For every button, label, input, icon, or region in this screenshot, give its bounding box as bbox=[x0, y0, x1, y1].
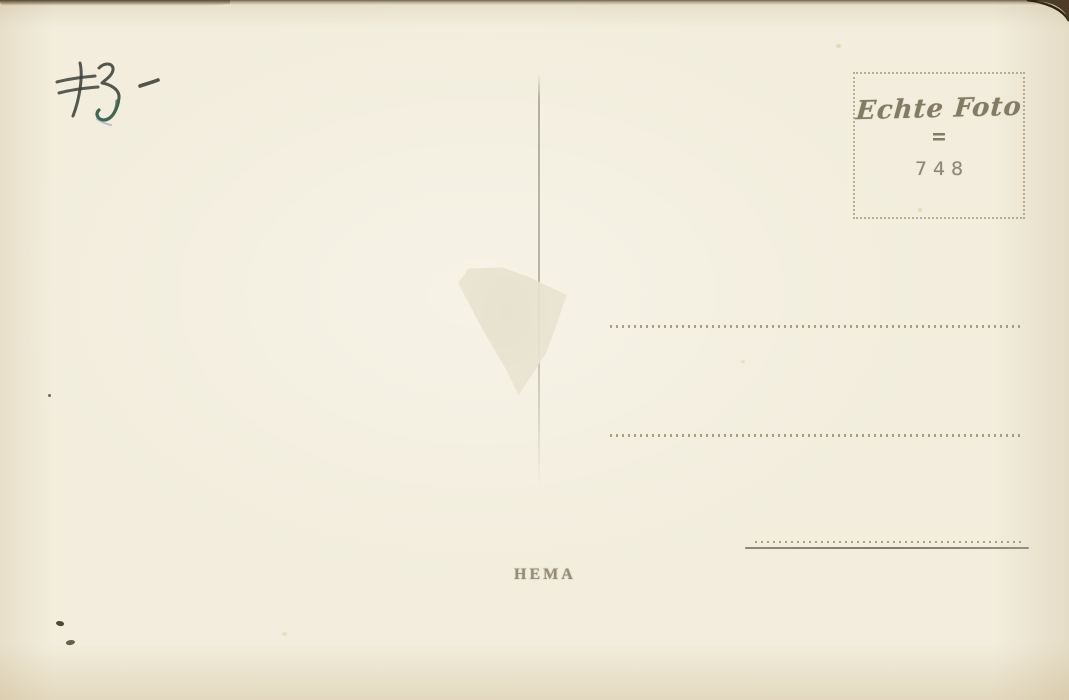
speck bbox=[48, 394, 51, 397]
address-line-1 bbox=[610, 325, 1024, 328]
speck bbox=[55, 620, 64, 627]
foxing-spot bbox=[836, 44, 841, 48]
address-line-2 bbox=[610, 434, 1024, 437]
divider-line bbox=[538, 74, 540, 486]
stamp-box: Echte Foto = 748 bbox=[853, 72, 1025, 219]
address-line-3 bbox=[745, 541, 1029, 551]
stamp-brand-text: Echte Foto bbox=[855, 92, 1023, 126]
postcard-back: Echte Foto = 748 HEMA bbox=[0, 0, 1069, 700]
equals-mark: = bbox=[931, 132, 947, 143]
stain-mark bbox=[456, 266, 570, 398]
handwritten-price-note bbox=[50, 58, 168, 134]
foxing-spot bbox=[918, 208, 922, 212]
stamp-number: 748 bbox=[909, 158, 969, 180]
foxing-spot bbox=[741, 360, 745, 363]
publisher-mark: HEMA bbox=[514, 566, 576, 584]
speck bbox=[66, 639, 76, 646]
card-corner-curl bbox=[1025, 0, 1069, 22]
card-top-edge-shadow bbox=[0, 0, 1069, 5]
postcard-photo: Echte Foto = 748 HEMA bbox=[0, 0, 1069, 700]
foxing-spot bbox=[282, 632, 287, 636]
